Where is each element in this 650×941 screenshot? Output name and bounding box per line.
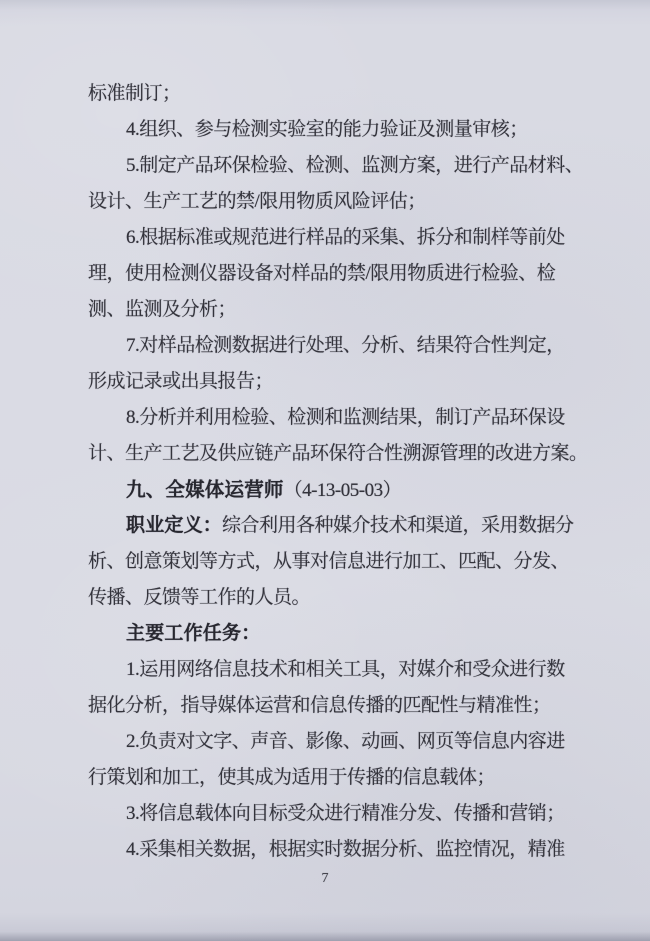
text-line: 计、生产工艺及供应链产品环保符合性溯源管理的改进方案。 [88,436,588,472]
main-tasks-label: 主要工作任务： [126,623,260,644]
text-line-task-4b: 4.采集相关数据，根据实时数据分析、监控情况，精准 [88,832,588,868]
text-line-task-3: 3.将信息载体向目标受众进行精准分发、传播和营销； [88,796,588,832]
text-line: 行策划和加工，使其成为适用于传播的信息载体； [88,760,588,796]
text-line-task-6: 6.根据标准或规范进行样品的采集、拆分和制样等前处 [88,220,588,256]
document-text-block: 标准制订； 4.组织、参与检测实验室的能力验证及测量审核； 5.制定产品环保检验… [88,76,588,868]
section-heading-occupation-9: 九、全媒体运营师（4-13-05-03） [88,472,588,508]
definition-text: 综合利用各种媒介技术和渠道，采用数据分 [222,515,574,536]
occupation-code: （4-13-05-03） [284,480,401,501]
text-line: 析、创意策划等方式，从事对信息进行加工、匹配、分发、 [88,544,588,580]
text-line: 设计、生产工艺的禁/限用物质风险评估； [88,184,588,220]
section-heading-title: 九、全媒体运营师 [126,479,284,501]
text-line-task-7: 7.对样品检测数据进行处理、分析、结果符合性判定， [88,328,588,364]
text-line: 形成记录或出具报告； [88,364,588,400]
text-line-task-2: 2.负责对文字、声音、影像、动画、网页等信息内容进 [88,724,588,760]
text-line-definition: 职业定义：综合利用各种媒介技术和渠道，采用数据分 [88,508,588,544]
definition-label: 职业定义： [126,515,222,536]
text-line: 标准制订； [88,76,588,112]
text-line-task-1: 1.运用网络信息技术和相关工具，对媒介和受众进行数 [88,652,588,688]
text-line-task-8: 8.分析并利用检验、检测和监测结果，制订产品环保设 [88,400,588,436]
page-number: 7 [0,869,650,889]
text-line: 测、监测及分析； [88,292,588,328]
text-line-main-tasks: 主要工作任务： [88,616,588,652]
text-line-task-5: 5.制定产品环保检验、检测、监测方案，进行产品材料、 [88,148,588,184]
text-line: 理，使用检测仪器设备对样品的禁/限用物质进行检验、检 [88,256,588,292]
text-line: 传播、反馈等工作的人员。 [88,580,588,616]
scanned-document-page: 标准制订； 4.组织、参与检测实验室的能力验证及测量审核； 5.制定产品环保检验… [0,0,650,941]
text-line: 据化分析，指导媒体运营和信息传播的匹配性与精准性； [88,688,588,724]
text-line-task-4: 4.组织、参与检测实验室的能力验证及测量审核； [88,112,588,148]
